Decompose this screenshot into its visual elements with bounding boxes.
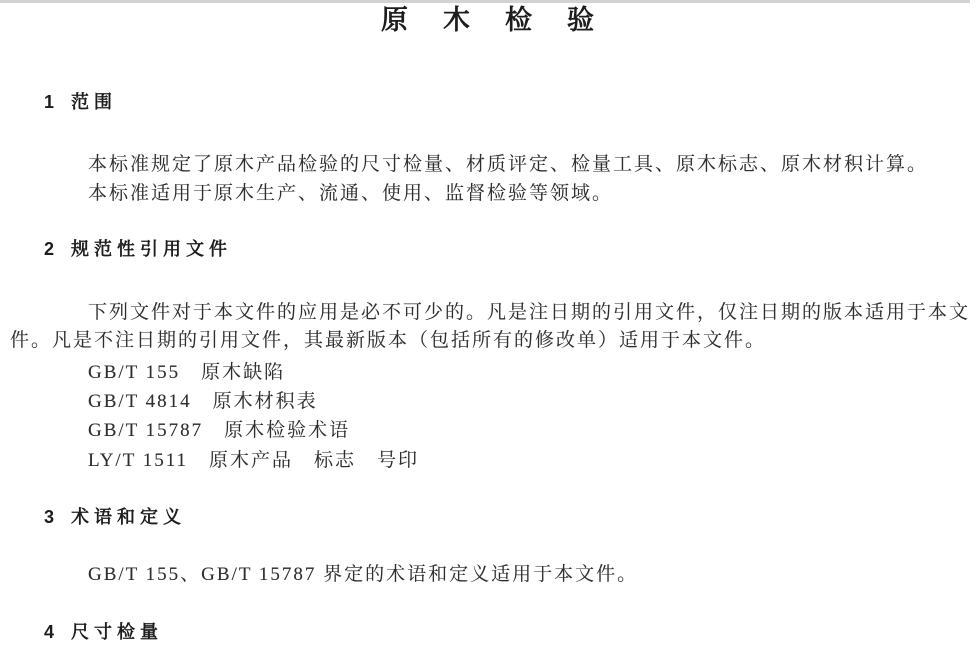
section-1-heading: 1范围 <box>44 92 117 112</box>
section-3-number: 3 <box>44 507 56 527</box>
body-line: 本标准规定了原木产品检验的尺寸检量、材质评定、检量工具、原木标志、原木材积计算。 <box>88 154 928 175</box>
section-3-heading: 3术语和定义 <box>44 507 186 527</box>
body-line: 件。凡是不注日期的引用文件，其最新版本（包括所有的修改单）适用于本文件。 <box>10 330 766 351</box>
section-2-number: 2 <box>44 239 56 259</box>
section-1-label: 范围 <box>71 92 117 112</box>
section-1-number: 1 <box>44 92 56 112</box>
section-4-heading: 4尺寸检量 <box>44 622 163 642</box>
body-line: 下列文件对于本文件的应用是必不可少的。凡是注日期的引用文件，仅注日期的版本适用于… <box>88 302 970 323</box>
reference-item: GB/T 155 原木缺陷 <box>88 362 285 383</box>
section-4-label: 尺寸检量 <box>71 622 163 642</box>
document-title: 原 木 检 验 <box>0 5 979 35</box>
section-2-label: 规范性引用文件 <box>71 239 232 259</box>
reference-item: GB/T 15787 原木检验术语 <box>88 420 350 441</box>
section-4-number: 4 <box>44 622 56 642</box>
reference-item: GB/T 4814 原木材积表 <box>88 391 318 412</box>
reference-item: LY/T 1511 原木产品 标志 号印 <box>88 450 419 471</box>
page-top-rule <box>0 0 970 3</box>
body-line: 本标准适用于原木生产、流通、使用、监督检验等领域。 <box>88 183 613 204</box>
body-line: GB/T 155、GB/T 15787 界定的术语和定义适用于本文件。 <box>88 564 638 585</box>
section-3-label: 术语和定义 <box>71 507 186 527</box>
document-page: 原 木 检 验 1范围 本标准规定了原木产品检验的尺寸检量、材质评定、检量工具、… <box>0 0 979 650</box>
section-2-heading: 2规范性引用文件 <box>44 239 232 259</box>
